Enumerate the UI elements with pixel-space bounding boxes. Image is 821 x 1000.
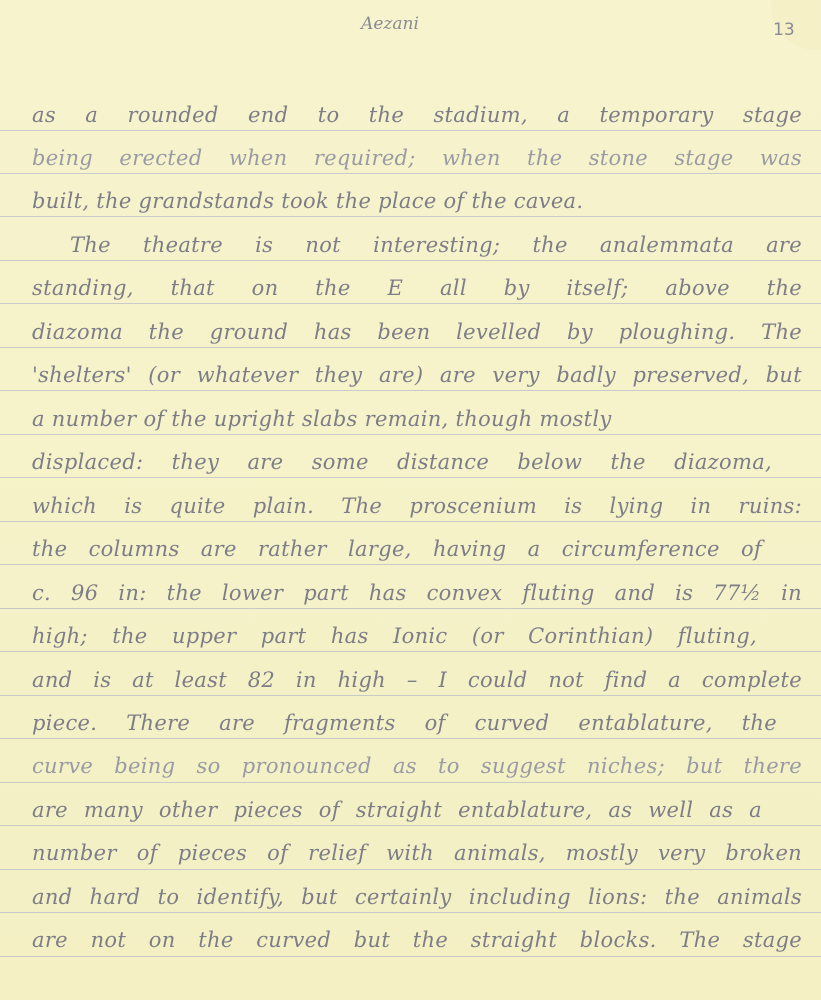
text-line: 'shelters' (or whatever they are) are ve… <box>32 358 802 392</box>
text-line: and is at least 82 in high – I could not… <box>32 663 802 697</box>
text-line: number of pieces of relief with animals,… <box>32 836 802 870</box>
text-line: standing, that on the E all by itself; a… <box>32 271 802 305</box>
text-line: are not on the curved but the straight b… <box>32 923 802 957</box>
text-line: c. 96 in: the lower part has convex flut… <box>32 576 802 610</box>
text-line: curve being so pronounced as to suggest … <box>32 749 802 783</box>
text-line: and hard to identify, but certainly incl… <box>32 880 802 914</box>
text-line: as a rounded end to the stadium, a tempo… <box>32 98 802 132</box>
text-line: a number of the upright slabs remain, th… <box>32 402 722 436</box>
text-line: diazoma the ground has been levelled by … <box>32 315 802 349</box>
notebook-page: Aezani 13 as a rounded end to the stadiu… <box>0 0 821 1000</box>
text-line: built, the grandstands took the place of… <box>32 184 672 218</box>
text-line: The theatre is not interesting; the anal… <box>70 228 802 262</box>
text-line: the columns are rather large, having a c… <box>32 532 762 566</box>
text-line: which is quite plain. The proscenium is … <box>32 489 802 523</box>
text-line: being erected when required; when the st… <box>32 141 802 175</box>
page-number: 13 <box>773 20 795 40</box>
page-header-title: Aezani <box>340 14 440 34</box>
text-line: are many other pieces of straight entabl… <box>32 793 762 827</box>
text-line: displaced: they are some distance below … <box>32 445 772 479</box>
text-line: high; the upper part has Ionic (or Corin… <box>32 619 757 653</box>
text-line: piece. There are fragments of curved ent… <box>32 706 777 740</box>
